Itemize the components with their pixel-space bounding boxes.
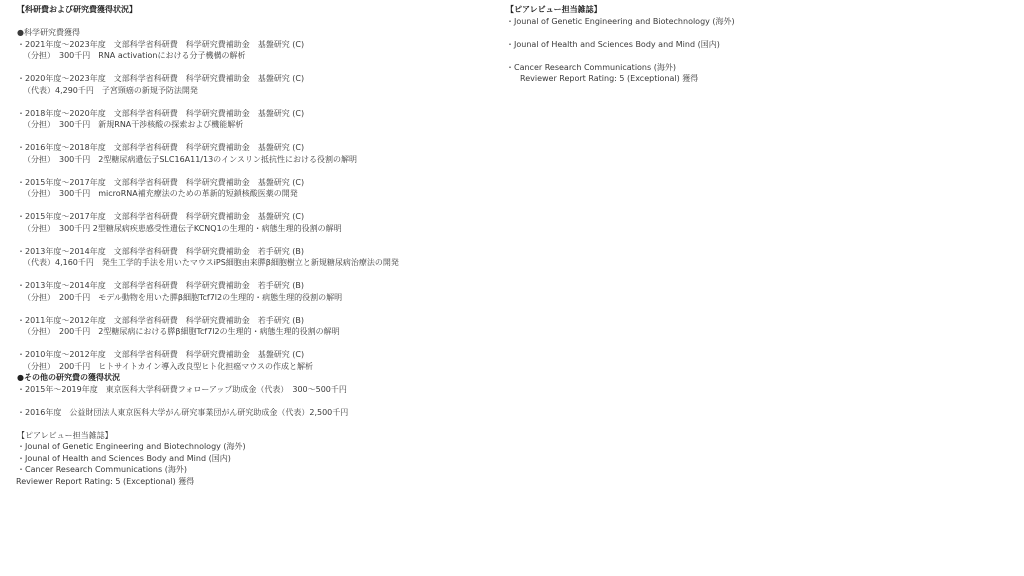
- other-grant-entry: ・2015年～2019年度 東京医科大学科研費フォローアップ助成金（代表） 30…: [17, 384, 497, 396]
- grant-entry: ・2020年度～2023年度 文部科学省科研費 科学研究費補助金 基盤研究 (C…: [17, 73, 497, 96]
- kaken-heading: ●科学研究費獲得: [17, 27, 497, 39]
- peer-review-heading: 【ピアレビュー担当雑誌】: [506, 4, 806, 16]
- grant-period: ・2013年度～2014年度 文部科学省科研費 科学研究費補助金 若手研究 (B…: [17, 246, 497, 258]
- grants-section: 【科研費および研究費獲得状況】 ●科学研究費獲得 ・2021年度～2023年度 …: [17, 4, 497, 487]
- reviewer-rating: Reviewer Report Rating: 5 (Exceptional) …: [506, 73, 806, 85]
- grant-entry: ・2015年度～2017年度 文部科学省科研費 科学研究費補助金 基盤研究 (C…: [17, 177, 497, 200]
- grant-period: ・2010年度～2012年度 文部科学省科研費 科学研究費補助金 基盤研究 (C…: [17, 349, 497, 361]
- grant-detail: （分担） 300千円 2型糖尿病疾患感受性遺伝子KCNQ1の生理的・病態生理的役…: [17, 223, 497, 235]
- grant-period: ・2018年度～2020年度 文部科学省科研費 科学研究費補助金 基盤研究 (C…: [17, 108, 497, 120]
- peer-review-journal: ・Jounal of Genetic Engineering and Biote…: [17, 441, 497, 453]
- grant-entry: ・2013年度～2014年度 文部科学省科研費 科学研究費補助金 若手研究 (B…: [17, 246, 497, 269]
- grant-detail: （分担） 300千円 RNA activationにおける分子機構の解析: [17, 50, 497, 62]
- grant-entry: ・2010年度～2012年度 文部科学省科研費 科学研究費補助金 基盤研究 (C…: [17, 349, 497, 372]
- section-title: 【科研費および研究費獲得状況】: [17, 4, 497, 16]
- peer-review-journal: ・Jounal of Health and Sciences Body and …: [506, 39, 806, 51]
- grant-detail: （代表）4,160千円 発生工学的手法を用いたマウスiPS細胞由来膵β細胞樹立と…: [17, 257, 497, 269]
- grant-detail: （分担） 200千円 2型糖尿病における膵β細胞Tcf7l2の生理的・病態生理的…: [17, 326, 497, 338]
- other-grant-entry: ・2016年度 公益財団法人東京医科大学がん研究事業団がん研究助成金（代表）2,…: [17, 407, 497, 419]
- grant-entry: ・2016年度～2018年度 文部科学省科研費 科学研究費補助金 基盤研究 (C…: [17, 142, 497, 165]
- grant-period: ・2016年度～2018年度 文部科学省科研費 科学研究費補助金 基盤研究 (C…: [17, 142, 497, 154]
- grant-detail: （分担） 300千円 新規RNA干渉核酸の探索および機能解析: [17, 119, 497, 131]
- peer-review-section: 【ピアレビュー担当雑誌】 ・Jounal of Genetic Engineer…: [506, 4, 806, 85]
- peer-review-journal: ・Jounal of Genetic Engineering and Biote…: [506, 16, 806, 28]
- grant-detail: （分担） 200千円 モデル動物を用いた膵β細胞Tcf7l2の生理的・病態生理的…: [17, 292, 497, 304]
- grant-period: ・2021年度～2023年度 文部科学省科研費 科学研究費補助金 基盤研究 (C…: [17, 39, 497, 51]
- grant-entry: ・2015年度～2017年度 文部科学省科研費 科学研究費補助金 基盤研究 (C…: [17, 211, 497, 234]
- grant-period: ・2015年度～2017年度 文部科学省科研費 科学研究費補助金 基盤研究 (C…: [17, 177, 497, 189]
- grant-period: ・2020年度～2023年度 文部科学省科研費 科学研究費補助金 基盤研究 (C…: [17, 73, 497, 85]
- peer-review-heading: 【ピアレビュー担当雑誌】: [17, 430, 497, 442]
- grant-detail: （分担） 300千円 microRNA補充療法のための革新的短鎖核酸医薬の開発: [17, 188, 497, 200]
- grant-detail: （分担） 200千円 ヒトサイトカイン導入改良型ヒト化担癌マウスの作成と解析: [17, 361, 497, 373]
- grant-entry: ・2021年度～2023年度 文部科学省科研費 科学研究費補助金 基盤研究 (C…: [17, 39, 497, 62]
- grant-entry: ・2018年度～2020年度 文部科学省科研費 科学研究費補助金 基盤研究 (C…: [17, 108, 497, 131]
- grant-entry: ・2013年度～2014年度 文部科学省科研費 科学研究費補助金 若手研究 (B…: [17, 280, 497, 303]
- reviewer-rating: Reviewer Report Rating: 5 (Exceptional) …: [16, 476, 497, 488]
- peer-review-journal: ・Jounal of Health and Sciences Body and …: [17, 453, 497, 465]
- peer-review-journal: ・Cancer Research Communications (海外): [17, 464, 497, 476]
- other-grants-heading: ●その他の研究費の獲得状況: [17, 372, 497, 384]
- grant-period: ・2013年度～2014年度 文部科学省科研費 科学研究費補助金 若手研究 (B…: [17, 280, 497, 292]
- grant-detail: （代表）4,290千円 子宮頸癌の新規予防法開発: [17, 85, 497, 97]
- grant-period: ・2011年度～2012年度 文部科学省科研費 科学研究費補助金 若手研究 (B…: [17, 315, 497, 327]
- grant-period: ・2015年度～2017年度 文部科学省科研費 科学研究費補助金 基盤研究 (C…: [17, 211, 497, 223]
- grant-entry: ・2011年度～2012年度 文部科学省科研費 科学研究費補助金 若手研究 (B…: [17, 315, 497, 338]
- grant-detail: （分担） 300千円 2型糖尿病遺伝子SLC16A11/13のインスリン抵抗性に…: [17, 154, 497, 166]
- peer-review-journal: ・Cancer Research Communications (海外): [506, 62, 806, 74]
